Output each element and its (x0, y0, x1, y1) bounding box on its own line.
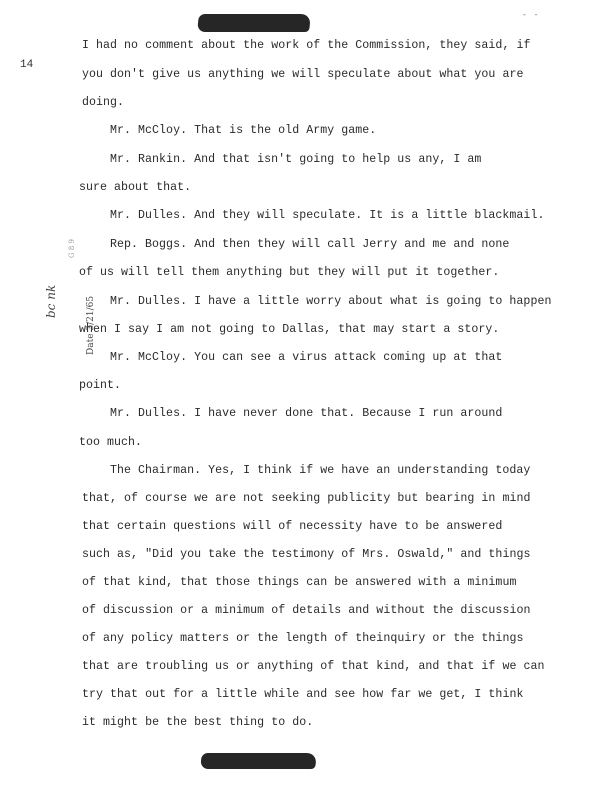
text-line: I had no comment about the work of the C… (82, 39, 530, 53)
text-line: that are troubling us or anything of tha… (82, 660, 545, 674)
text-line: too much. (79, 436, 142, 450)
document-page: - - 14 I had no comment about the work o… (0, 0, 612, 791)
text-line: Rep. Boggs. And then they will call Jerr… (110, 238, 509, 252)
text-line: of us will tell them anything but they w… (79, 266, 499, 280)
text-line: of any policy matters or the length of t… (82, 632, 523, 646)
handwritten-initials: bc nk (44, 285, 58, 318)
text-line: The Chairman. Yes, I think if we have an… (110, 464, 530, 478)
text-line: Mr. Dulles. I have never done that. Beca… (110, 407, 502, 421)
text-line: Mr. Dulles. And they will speculate. It … (110, 209, 544, 223)
text-line: Mr. Dulles. I have a little worry about … (110, 295, 551, 309)
corner-mark: - - (522, 11, 539, 20)
text-line: of discussion or a minimum of details an… (82, 604, 530, 618)
text-line: that certain questions will of necessity… (82, 520, 502, 534)
text-line: sure about that. (79, 181, 191, 195)
text-line: of that kind, that those things can be a… (82, 576, 516, 590)
date-value: 3/21/65 (86, 296, 96, 331)
text-line: point. (79, 379, 121, 393)
text-line: doing. (82, 96, 124, 110)
text-line: try that out for a little while and see … (82, 688, 523, 702)
text-line: that, of course we are not seeking publi… (82, 492, 530, 506)
handwritten-date: Date 3/21/65 (86, 296, 96, 355)
text-line: Mr. Rankin. And that isn't going to help… (110, 153, 481, 167)
text-line: when I say I am not going to Dallas, tha… (79, 323, 499, 337)
text-line: it might be the best thing to do. (82, 716, 313, 730)
text-line: Mr. McCloy. That is the old Army game. (110, 124, 376, 138)
text-line: such as, "Did you take the testimony of … (82, 548, 530, 562)
text-line: you don't give us anything we will specu… (82, 68, 523, 82)
redaction-bottom (200, 753, 317, 769)
redaction-top (197, 14, 311, 32)
date-label: Date (86, 333, 96, 355)
margin-stamp: G 8 9 (68, 239, 76, 258)
page-number: 14 (20, 59, 33, 71)
text-line: Mr. McCloy. You can see a virus attack c… (110, 351, 502, 365)
